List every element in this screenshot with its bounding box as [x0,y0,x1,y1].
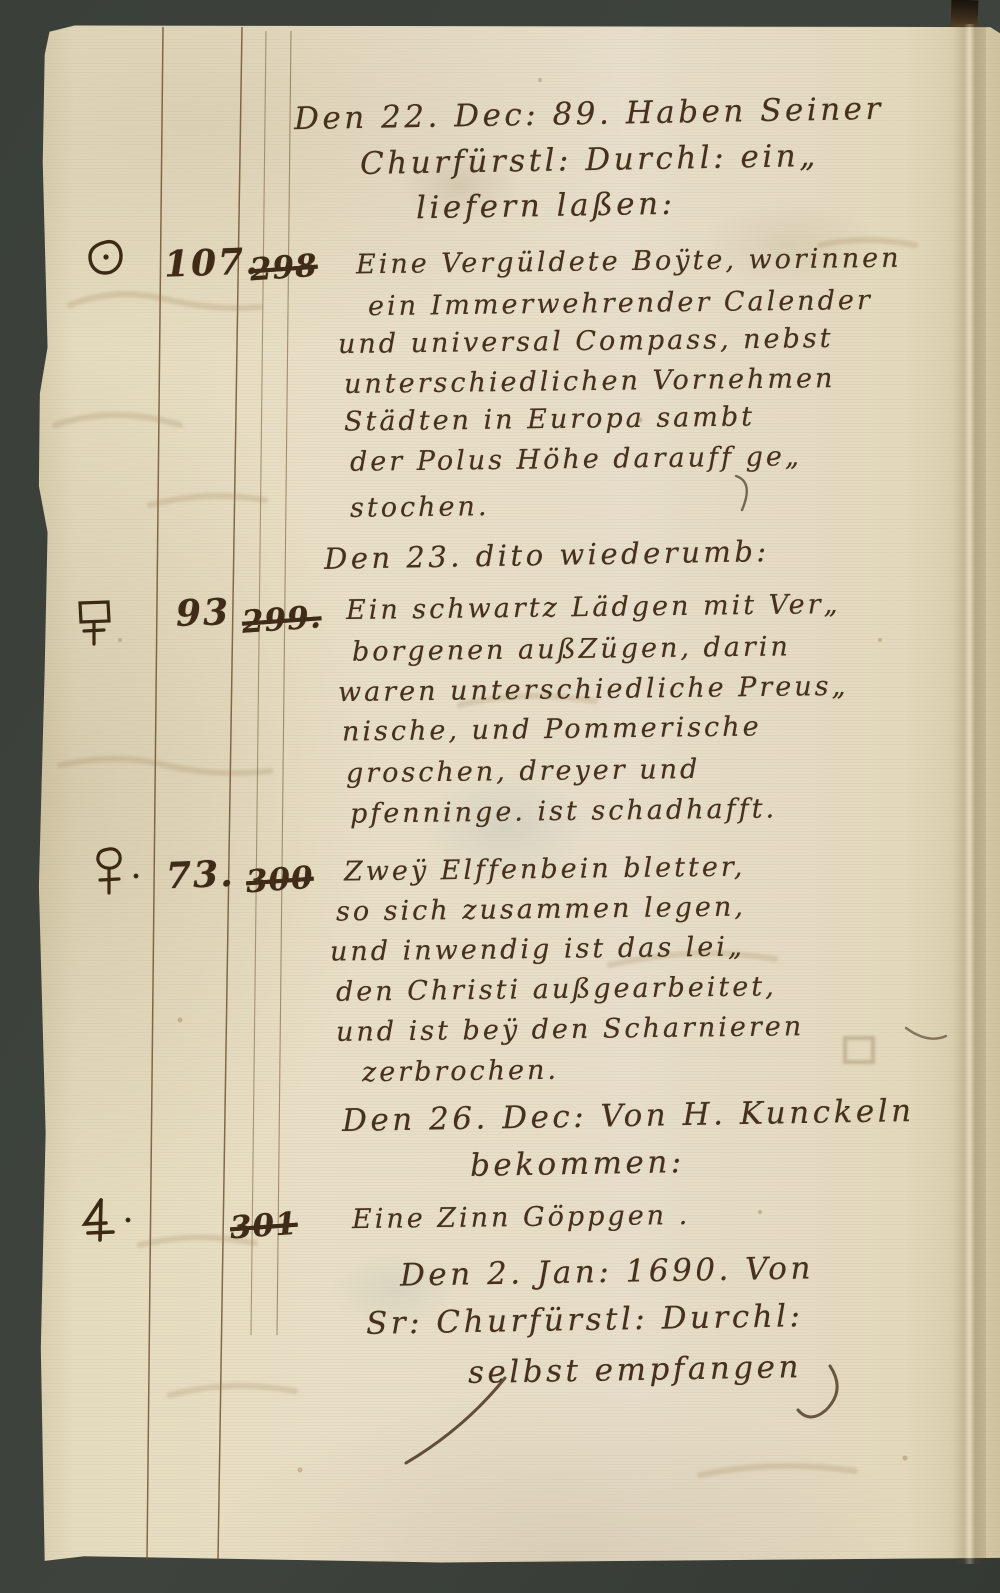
manuscript-scan: Den 22. Dec: 89. Haben Seiner Churfürstl… [0,0,1000,1593]
pen-flourishes [0,0,1000,1593]
